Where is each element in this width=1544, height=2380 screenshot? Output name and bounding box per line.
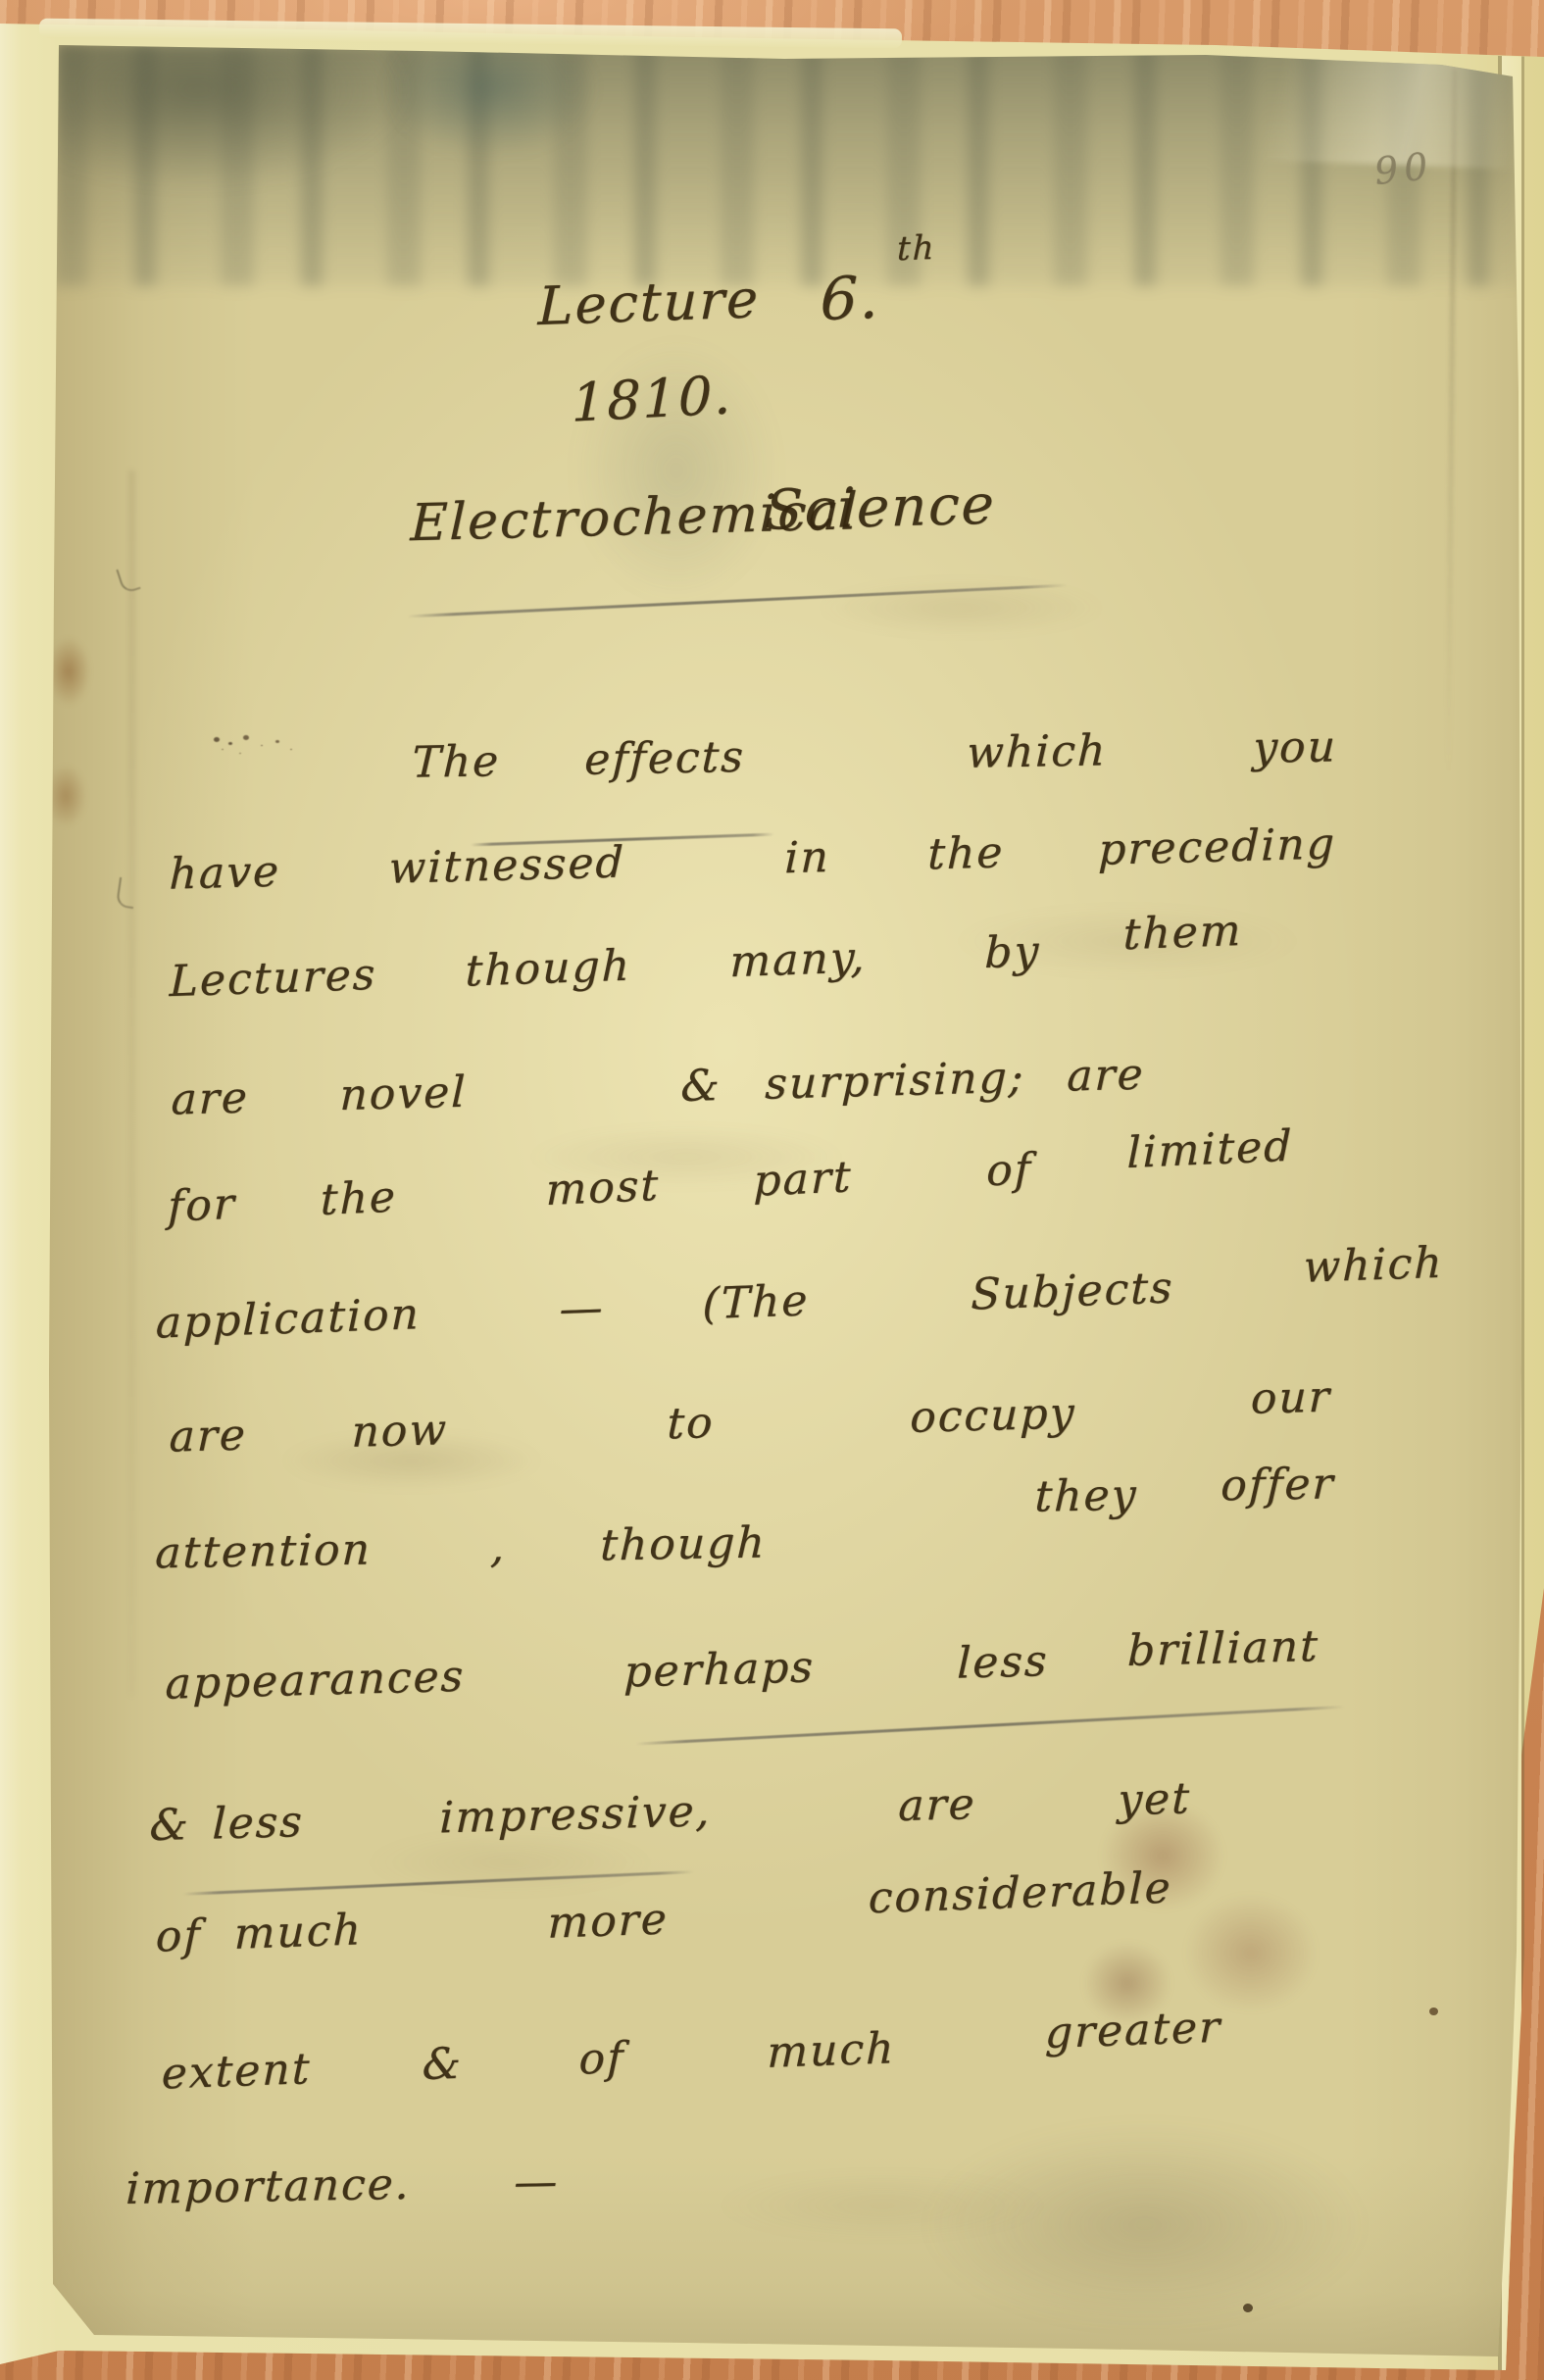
word: are (898, 1779, 977, 1831)
manuscript-photo: Lecture6.th1810.ElectrochemicalScienceTh… (0, 0, 1544, 2380)
body-line-12: extent&ofmuchgreater (0, 2001, 1543, 2055)
word: extent (161, 2044, 311, 2099)
word: are (1067, 1050, 1146, 1102)
body-line-6: application—(TheSubjectswhich (0, 1250, 1543, 1304)
word: Subjects (971, 1263, 1174, 1319)
word: are (169, 1411, 248, 1463)
word: you (1252, 721, 1337, 773)
word: by (984, 926, 1041, 978)
word: many, (729, 932, 867, 987)
pencil-underline (635, 1706, 1344, 1746)
word: to (667, 1398, 715, 1449)
body-line-9: appearancesperhapslessbrilliant (0, 1623, 1543, 1663)
pencil-underline (407, 584, 1067, 619)
word: of (155, 1910, 202, 1962)
word: offer (1220, 1459, 1336, 1511)
word: The (412, 736, 502, 788)
page-number: 90 (1372, 144, 1436, 193)
word: them (1122, 906, 1243, 960)
word: novel (339, 1067, 468, 1120)
pencil-underline (182, 1870, 694, 1896)
word: perhaps (623, 1642, 816, 1697)
word: part (753, 1152, 852, 1206)
word: attention (155, 1524, 373, 1578)
word: th (897, 228, 936, 269)
word: yet (1118, 1773, 1192, 1825)
word: brilliant (1126, 1621, 1320, 1676)
word: & (149, 1800, 190, 1851)
word: (The (702, 1275, 810, 1329)
word: of (578, 2033, 625, 2085)
manuscript-page: Lecture6.th1810.ElectrochemicalScienceTh… (0, 0, 1544, 2380)
word: application (155, 1289, 421, 1348)
body-line-3: Lecturesthoughmany,bythem (0, 909, 1543, 963)
word: effects (583, 732, 745, 785)
word: they (1034, 1470, 1139, 1522)
body-line-7: arenowtooccupyour (0, 1376, 1543, 1416)
word: are (171, 1072, 250, 1124)
word: much (233, 1905, 363, 1959)
handwriting-layer: Lecture6.th1810.ElectrochemicalScienceTh… (0, 0, 1544, 2380)
body-line-5: forthemostpartoflimited (0, 1122, 1543, 1190)
word: & (680, 1061, 722, 1112)
body-line-10: &lessimpressive,areyet (0, 1764, 1543, 1805)
word: which (966, 725, 1108, 778)
word: the (321, 1172, 397, 1225)
body-line-8: attention,thoughtheyoffer (0, 1505, 1544, 1531)
word: greater (1045, 2003, 1222, 2058)
title-line-1: Lecture6.th (0, 240, 1543, 294)
word: though (599, 1517, 767, 1570)
word: now (351, 1405, 449, 1458)
word: — (559, 1283, 605, 1335)
word: appearances (165, 1652, 466, 1710)
word: for (168, 1179, 236, 1232)
word: in (784, 832, 831, 883)
word: most (545, 1161, 660, 1215)
word: of (986, 1144, 1032, 1196)
word: much (767, 2023, 896, 2078)
word: though (465, 941, 631, 997)
word: Lecture (537, 268, 760, 337)
word: importance. (125, 2159, 412, 2214)
word: & (422, 2039, 463, 2090)
word: more (547, 1894, 669, 1948)
word: witnessed (388, 837, 625, 893)
word: 1810. (572, 364, 732, 434)
word: occupy (910, 1388, 1076, 1442)
body-line-13: importance.— (0, 2140, 1544, 2166)
word: less (957, 1636, 1050, 1688)
body-line-1: Theeffectswhichyou (0, 719, 1544, 745)
word: — (513, 2157, 560, 2207)
word: Lectures (169, 950, 376, 1007)
word: , (489, 1522, 507, 1572)
word: Science (765, 473, 997, 543)
word: which (1303, 1238, 1444, 1293)
word: 6. (820, 264, 880, 334)
word: limited (1126, 1121, 1293, 1178)
word: surprising; (765, 1053, 1025, 1110)
word: considerable (868, 1862, 1172, 1923)
word: preceding (1098, 818, 1337, 874)
title-line-3: ElectrochemicalScience (0, 465, 1543, 505)
word: our (1250, 1372, 1331, 1424)
title-line-2: 1810. (0, 322, 1542, 402)
body-line-4: arenovel&surprising;are (0, 1039, 1543, 1079)
word: less (212, 1797, 305, 1849)
word: impressive, (439, 1786, 712, 1843)
word: the (927, 827, 1005, 879)
word: have (169, 847, 281, 900)
